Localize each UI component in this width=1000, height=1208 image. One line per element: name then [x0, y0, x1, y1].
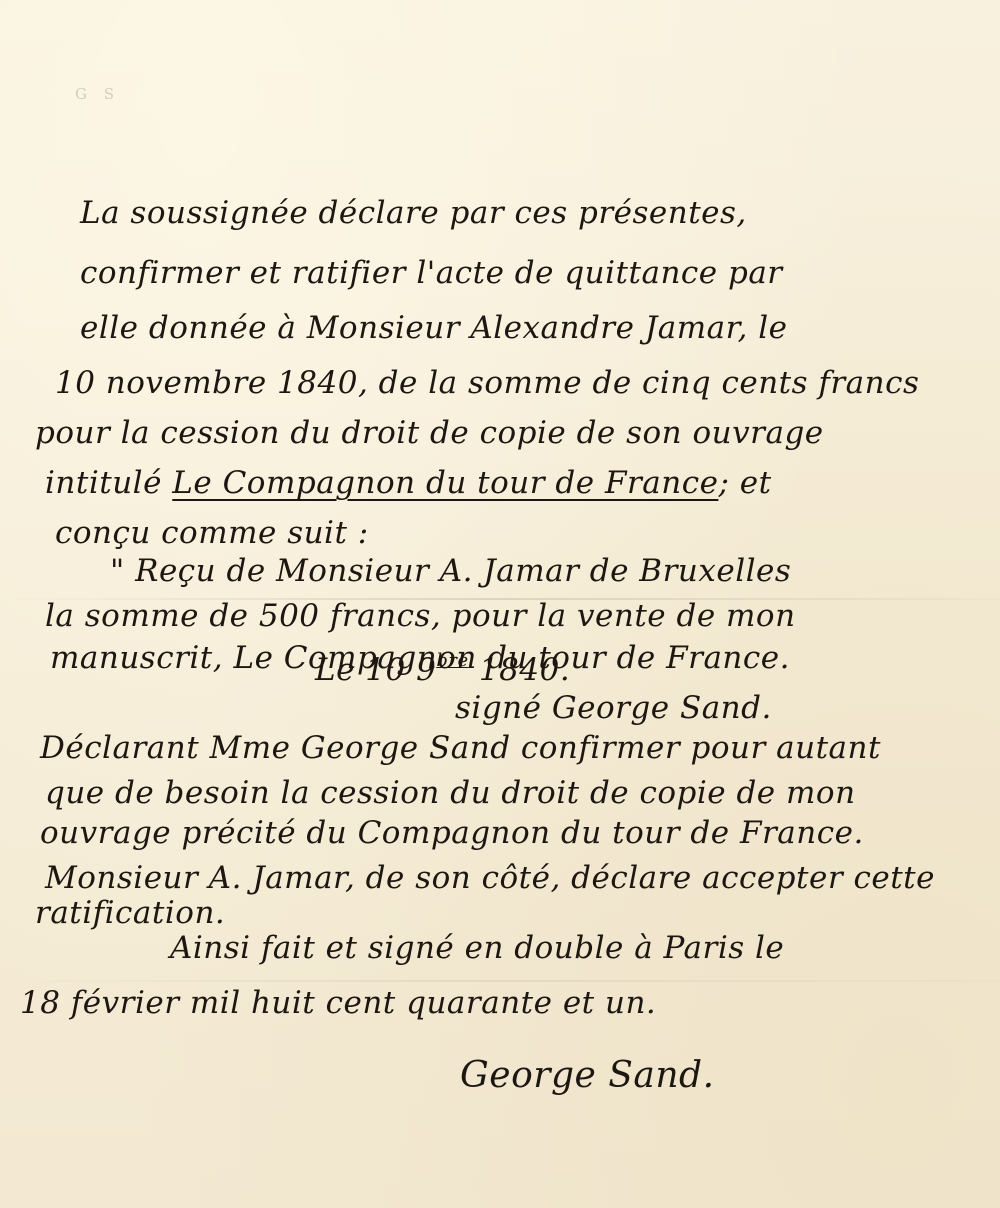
text-line: La soussignée déclare par ces présentes,: [80, 195, 747, 231]
text-line: ratification.: [35, 895, 225, 931]
quote-line: " Reçu de Monsieur A. Jamar de Bruxelles: [110, 553, 791, 589]
text-line: 10 novembre 1840, de la somme de cinq ce…: [55, 365, 919, 401]
text-line: que de besoin la cession du droit de cop…: [45, 775, 856, 811]
quote-line: la somme de 500 francs, pour la vente de…: [45, 598, 796, 634]
closing-line: Ainsi fait et signé en double à Paris le: [170, 930, 784, 966]
text-line: confirmer et ratifier l'acte de quittanc…: [80, 255, 783, 291]
text-line: Déclarant Mme George Sand confirmer pour…: [40, 730, 881, 766]
text-fragment: Le 10 9: [315, 652, 436, 688]
text-line: intitulé Le Compagnon du tour de France;…: [45, 465, 772, 501]
quote-signed: signé George Sand.: [455, 690, 772, 726]
text-line: ouvrage précité du Compagnon du tour de …: [40, 815, 864, 851]
book-title-underlined: Le Compagnon du tour de France: [172, 465, 718, 501]
text-line: elle donnée à Monsieur Alexandre Jamar, …: [80, 310, 787, 346]
blind-stamp-monogram: G S: [75, 85, 120, 103]
month-abbreviation: bre: [436, 650, 468, 671]
text-line: conçu comme suit :: [55, 515, 369, 551]
closing-line: 18 février mil huit cent quarante et un.: [20, 985, 656, 1021]
text-fragment: intitulé: [45, 465, 172, 501]
text-fragment: 1840.: [469, 652, 571, 688]
text-line: pour la cession du droit de copie de son…: [35, 415, 824, 451]
text-line: Monsieur A. Jamar, de son côté, déclare …: [45, 860, 935, 896]
signature: George Sand.: [460, 1055, 715, 1096]
text-fragment: ; et: [718, 465, 771, 501]
quote-date: Le 10 9bre 1840.: [315, 650, 570, 688]
paper-fold-crease: [0, 980, 1000, 982]
